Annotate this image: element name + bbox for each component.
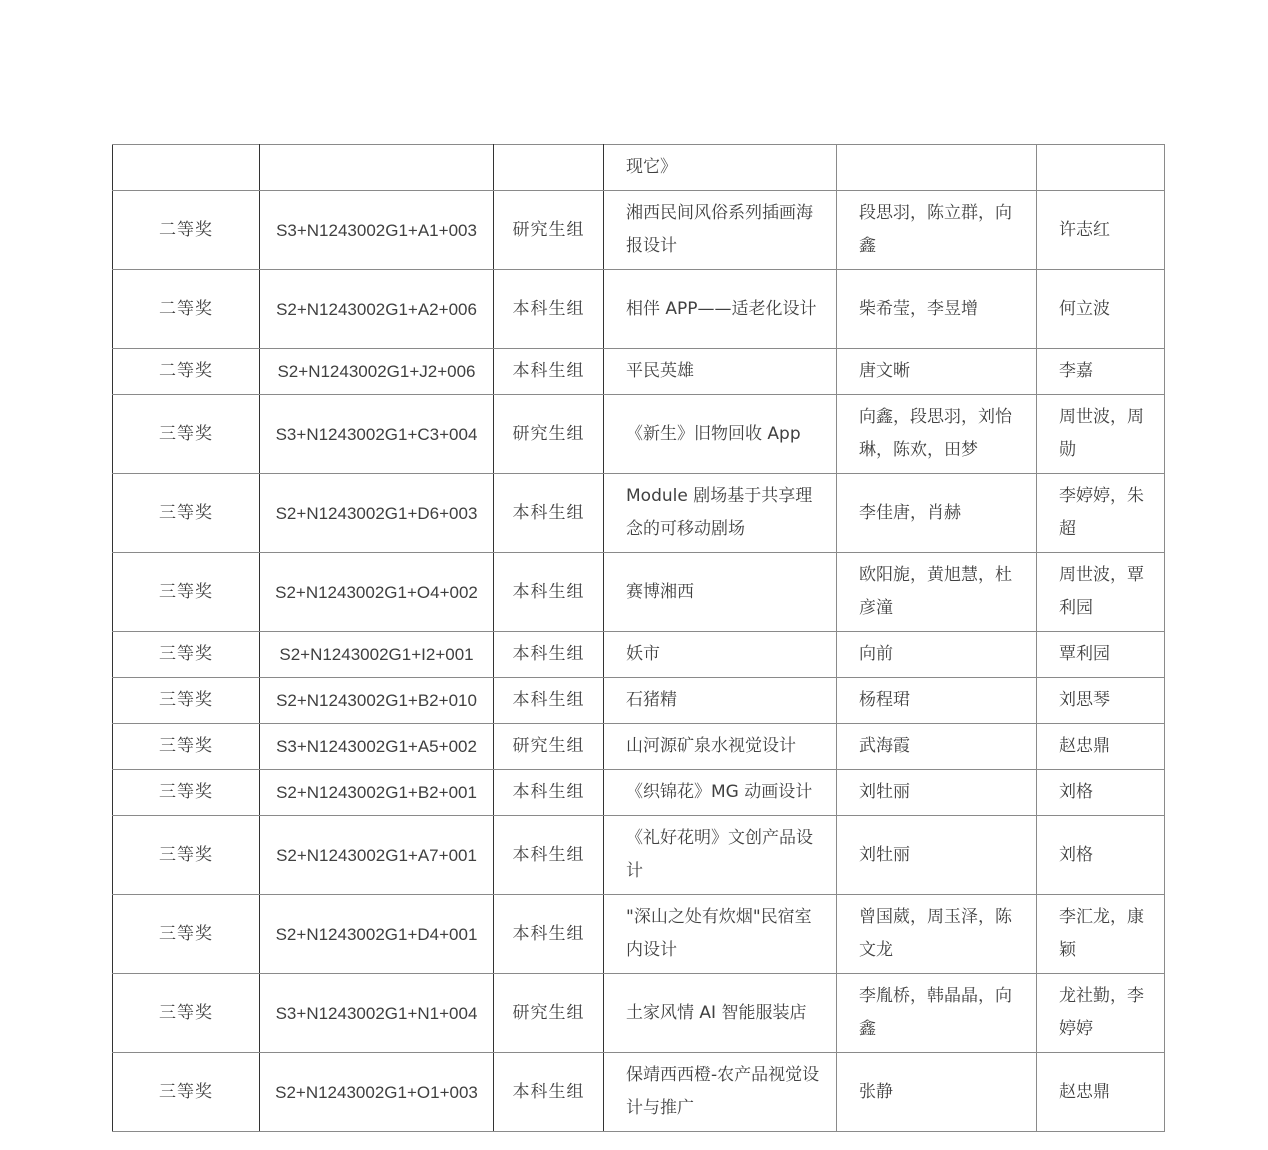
- authors-cell: 柴希莹，李昱增: [837, 270, 1037, 349]
- advisor-cell: 刘思琴: [1037, 678, 1165, 724]
- group-cell: 本科生组: [494, 553, 604, 632]
- advisor-cell: 龙社勤，李婷婷: [1037, 974, 1165, 1053]
- authors-cell: 向鑫，段思羽，刘怡琳，陈欢，田梦: [837, 395, 1037, 474]
- authors-cell: 武海霞: [837, 724, 1037, 770]
- title-cell: 湘西民间风俗系列插画海报设计: [604, 191, 837, 270]
- advisor-cell: 赵忠鼎: [1037, 724, 1165, 770]
- table-row: 二等奖S2+N1243002G1+J2+006本科生组平民英雄唐文晰李嘉: [113, 349, 1165, 395]
- table-row: 三等奖S2+N1243002G1+D4+001本科生组"深山之处有炊烟"民宿室内…: [113, 895, 1165, 974]
- table-row: 二等奖S3+N1243002G1+A1+003研究生组湘西民间风俗系列插画海报设…: [113, 191, 1165, 270]
- entry-id-cell: S3+N1243002G1+C3+004: [260, 395, 494, 474]
- entry-id-cell: S2+N1243002G1+A7+001: [260, 816, 494, 895]
- title-cell: 土家风情 AI 智能服装店: [604, 974, 837, 1053]
- title-cell: 《新生》旧物回收 App: [604, 395, 837, 474]
- authors-cell: 段思羽，陈立群，向鑫: [837, 191, 1037, 270]
- entry-id-cell: S3+N1243002G1+N1+004: [260, 974, 494, 1053]
- table-row: 现它》: [113, 145, 1165, 191]
- title-cell: 妖市: [604, 632, 837, 678]
- authors-cell: 刘牡丽: [837, 816, 1037, 895]
- group-cell: 研究生组: [494, 395, 604, 474]
- authors-cell: 杨程珺: [837, 678, 1037, 724]
- title-cell: 石猪精: [604, 678, 837, 724]
- advisor-cell: 李嘉: [1037, 349, 1165, 395]
- entry-id-cell: S2+N1243002G1+D6+003: [260, 474, 494, 553]
- table-row: 二等奖S2+N1243002G1+A2+006本科生组相伴 APP——适老化设计…: [113, 270, 1165, 349]
- group-cell: 本科生组: [494, 632, 604, 678]
- entry-id-cell: S2+N1243002G1+O1+003: [260, 1053, 494, 1132]
- entry-id-cell: S2+N1243002G1+A2+006: [260, 270, 494, 349]
- entry-id-cell: S2+N1243002G1+I2+001: [260, 632, 494, 678]
- entry-id-cell: S3+N1243002G1+A5+002: [260, 724, 494, 770]
- advisor-cell: 李汇龙，康颖: [1037, 895, 1165, 974]
- advisor-cell: 刘格: [1037, 770, 1165, 816]
- title-cell: 相伴 APP——适老化设计: [604, 270, 837, 349]
- entry-id-cell: S2+N1243002G1+D4+001: [260, 895, 494, 974]
- prize-cell: 二等奖: [113, 191, 260, 270]
- awards-table: 现它》 二等奖S3+N1243002G1+A1+003研究生组湘西民间风俗系列插…: [112, 144, 1165, 1132]
- title-cell: 平民英雄: [604, 349, 837, 395]
- awards-table-body: 现它》 二等奖S3+N1243002G1+A1+003研究生组湘西民间风俗系列插…: [113, 145, 1165, 1132]
- title-cell: "深山之处有炊烟"民宿室内设计: [604, 895, 837, 974]
- authors-cell: 唐文晰: [837, 349, 1037, 395]
- advisor-cell: 赵忠鼎: [1037, 1053, 1165, 1132]
- group-cell: 本科生组: [494, 349, 604, 395]
- title-cell: 《织锦花》MG 动画设计: [604, 770, 837, 816]
- prize-cell: 二等奖: [113, 349, 260, 395]
- prize-cell: 三等奖: [113, 553, 260, 632]
- authors-cell: [837, 145, 1037, 191]
- table-row: 三等奖S2+N1243002G1+B2+001本科生组《织锦花》MG 动画设计刘…: [113, 770, 1165, 816]
- table-row: 三等奖S3+N1243002G1+A5+002研究生组山河源矿泉水视觉设计武海霞…: [113, 724, 1165, 770]
- entry-id-cell: [260, 145, 494, 191]
- prize-cell: 三等奖: [113, 1053, 260, 1132]
- advisor-cell: 何立波: [1037, 270, 1165, 349]
- title-cell: 现它》: [604, 145, 837, 191]
- authors-cell: 向前: [837, 632, 1037, 678]
- prize-cell: 三等奖: [113, 632, 260, 678]
- authors-cell: 刘牡丽: [837, 770, 1037, 816]
- table-row: 三等奖S2+N1243002G1+D6+003本科生组Module 剧场基于共享…: [113, 474, 1165, 553]
- advisor-cell: [1037, 145, 1165, 191]
- group-cell: 本科生组: [494, 1053, 604, 1132]
- authors-cell: 李胤桥，韩晶晶，向鑫: [837, 974, 1037, 1053]
- title-cell: 《礼好花明》文创产品设计: [604, 816, 837, 895]
- entry-id-cell: S3+N1243002G1+A1+003: [260, 191, 494, 270]
- authors-cell: 李佳唐，肖赫: [837, 474, 1037, 553]
- title-cell: Module 剧场基于共享理念的可移动剧场: [604, 474, 837, 553]
- prize-cell: 三等奖: [113, 770, 260, 816]
- advisor-cell: 覃利园: [1037, 632, 1165, 678]
- group-cell: 研究生组: [494, 724, 604, 770]
- prize-cell: 三等奖: [113, 724, 260, 770]
- title-cell: 赛博湘西: [604, 553, 837, 632]
- advisor-cell: 周世波，覃利园: [1037, 553, 1165, 632]
- title-cell: 山河源矿泉水视觉设计: [604, 724, 837, 770]
- table-row: 三等奖S2+N1243002G1+A7+001本科生组《礼好花明》文创产品设计刘…: [113, 816, 1165, 895]
- advisor-cell: 刘格: [1037, 816, 1165, 895]
- prize-cell: [113, 145, 260, 191]
- table-row: 三等奖S3+N1243002G1+N1+004研究生组土家风情 AI 智能服装店…: [113, 974, 1165, 1053]
- prize-cell: 三等奖: [113, 974, 260, 1053]
- table-row: 三等奖S2+N1243002G1+O4+002本科生组赛博湘西欧阳旎，黄旭慧，杜…: [113, 553, 1165, 632]
- prize-cell: 三等奖: [113, 816, 260, 895]
- title-cell: 保靖西西橙-农产品视觉设计与推广: [604, 1053, 837, 1132]
- entry-id-cell: S2+N1243002G1+B2+010: [260, 678, 494, 724]
- group-cell: 本科生组: [494, 816, 604, 895]
- group-cell: 本科生组: [494, 895, 604, 974]
- advisor-cell: 周世波，周勋: [1037, 395, 1165, 474]
- group-cell: 本科生组: [494, 270, 604, 349]
- prize-cell: 三等奖: [113, 895, 260, 974]
- group-cell: 本科生组: [494, 474, 604, 553]
- group-cell: 本科生组: [494, 678, 604, 724]
- group-cell: 本科生组: [494, 770, 604, 816]
- document-page: 现它》 二等奖S3+N1243002G1+A1+003研究生组湘西民间风俗系列插…: [0, 0, 1268, 1150]
- advisor-cell: 许志红: [1037, 191, 1165, 270]
- authors-cell: 曾国葳，周玉泽，陈文龙: [837, 895, 1037, 974]
- group-cell: 研究生组: [494, 191, 604, 270]
- authors-cell: 张静: [837, 1053, 1037, 1132]
- group-cell: 研究生组: [494, 974, 604, 1053]
- table-row: 三等奖S2+N1243002G1+B2+010本科生组石猪精杨程珺刘思琴: [113, 678, 1165, 724]
- entry-id-cell: S2+N1243002G1+O4+002: [260, 553, 494, 632]
- prize-cell: 三等奖: [113, 395, 260, 474]
- prize-cell: 二等奖: [113, 270, 260, 349]
- table-row: 三等奖S2+N1243002G1+I2+001本科生组妖市向前覃利园: [113, 632, 1165, 678]
- entry-id-cell: S2+N1243002G1+B2+001: [260, 770, 494, 816]
- entry-id-cell: S2+N1243002G1+J2+006: [260, 349, 494, 395]
- authors-cell: 欧阳旎，黄旭慧，杜彦潼: [837, 553, 1037, 632]
- group-cell: [494, 145, 604, 191]
- prize-cell: 三等奖: [113, 474, 260, 553]
- table-row: 三等奖S2+N1243002G1+O1+003本科生组保靖西西橙-农产品视觉设计…: [113, 1053, 1165, 1132]
- table-row: 三等奖S3+N1243002G1+C3+004研究生组《新生》旧物回收 App向…: [113, 395, 1165, 474]
- advisor-cell: 李婷婷，朱超: [1037, 474, 1165, 553]
- prize-cell: 三等奖: [113, 678, 260, 724]
